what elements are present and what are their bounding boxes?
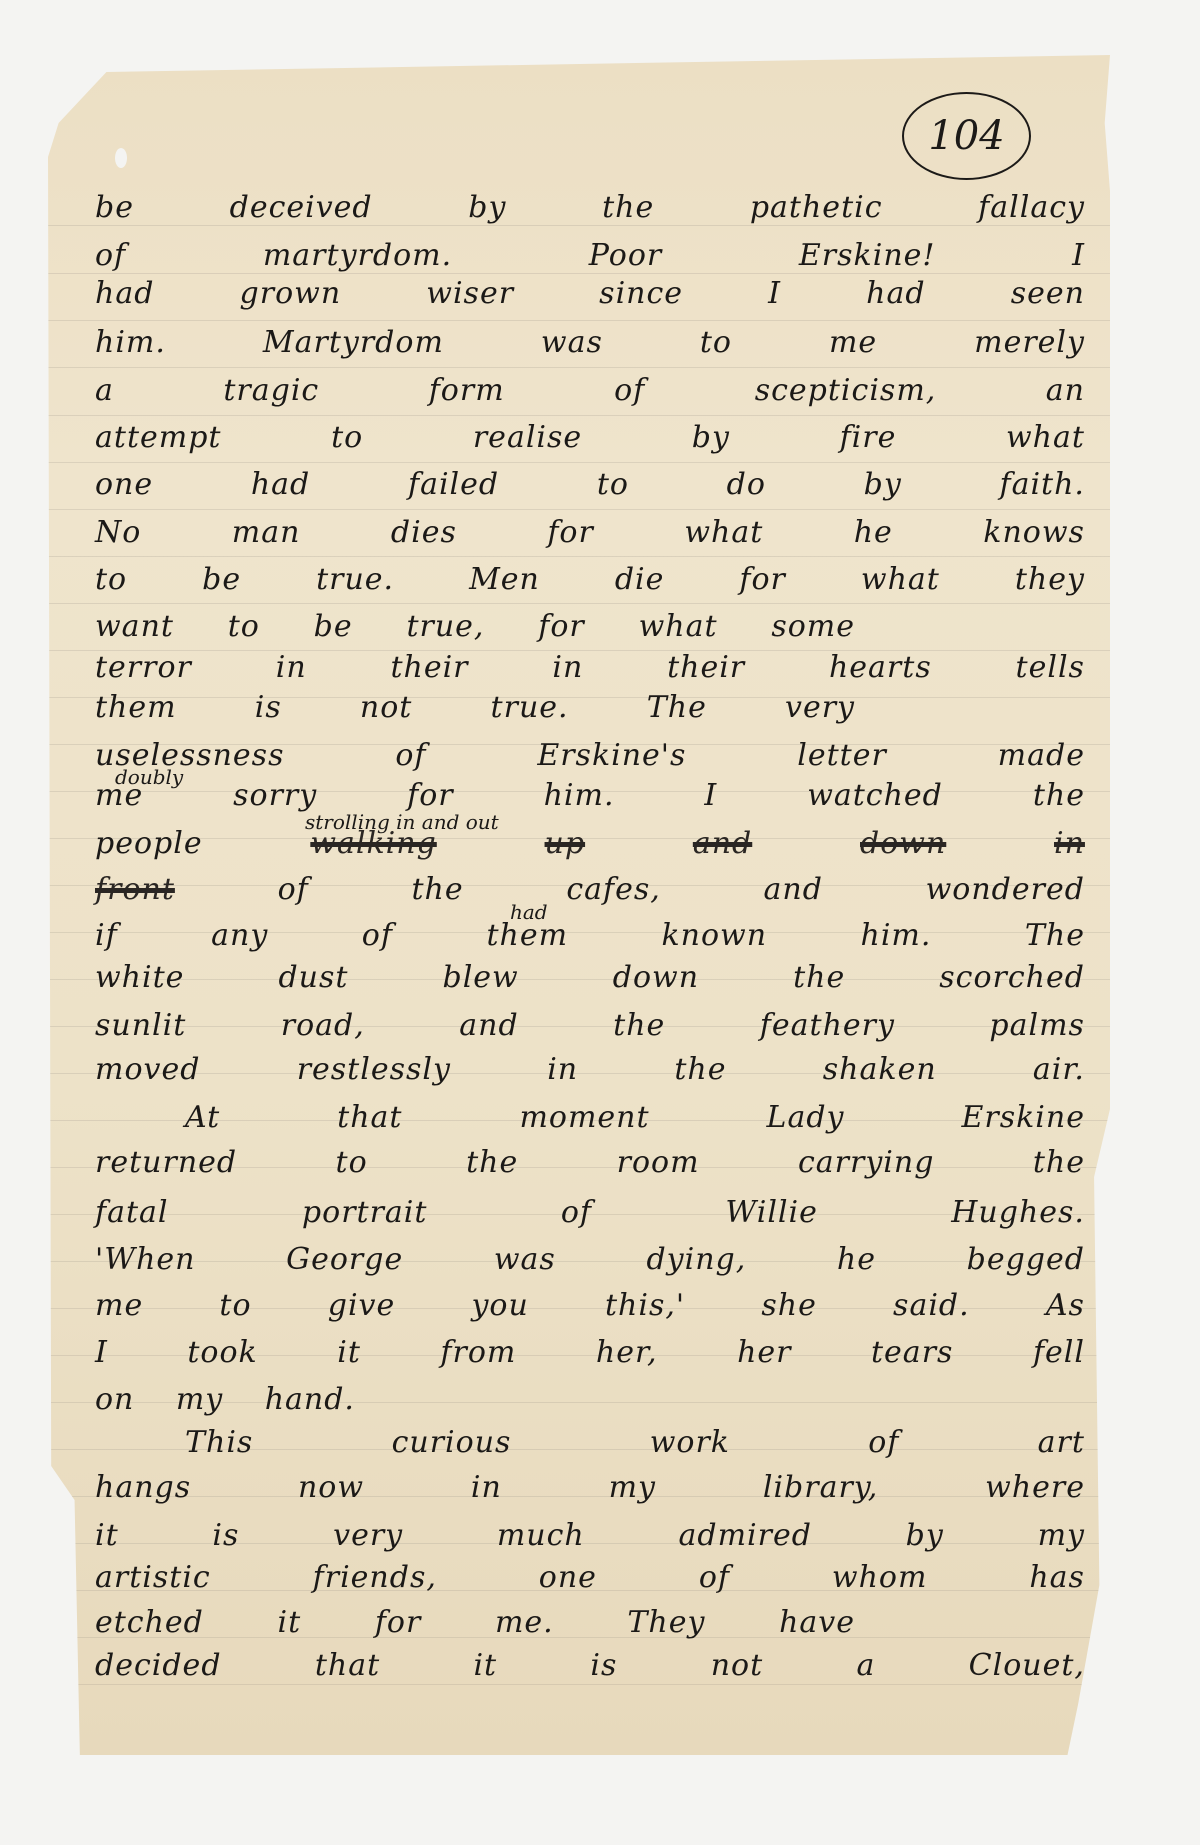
word: carrying — [798, 1145, 934, 1180]
word: now — [298, 1470, 364, 1505]
word: dying, — [646, 1242, 746, 1277]
word: their — [390, 650, 468, 685]
word: pathetic — [750, 190, 883, 225]
word: a — [95, 373, 114, 408]
word: my — [1038, 1518, 1085, 1553]
word: me. — [495, 1605, 554, 1640]
word: to — [95, 562, 127, 597]
word: true. — [491, 690, 569, 725]
word: had — [251, 467, 310, 502]
word: in — [547, 1052, 578, 1087]
word: in — [552, 650, 583, 685]
word: work — [650, 1425, 730, 1460]
word: fell — [1033, 1335, 1085, 1370]
word: you — [471, 1288, 528, 1323]
word: of — [699, 1560, 730, 1595]
ruled-line — [48, 225, 1110, 226]
manuscript-line: whitedustblewdownthescorched — [95, 960, 1085, 995]
word: on — [95, 1382, 134, 1417]
word: be — [314, 609, 353, 644]
word: he — [854, 515, 893, 550]
word: Martyrdom — [263, 325, 444, 360]
word: of — [614, 373, 645, 408]
word: friends, — [313, 1560, 437, 1595]
ruled-line — [48, 273, 1110, 274]
word: not — [360, 690, 412, 725]
manuscript-line: atragicformofscepticism,an — [95, 373, 1085, 408]
word: in — [276, 650, 307, 685]
word: people — [95, 826, 203, 861]
word: feathery — [760, 1008, 895, 1043]
word: letter — [797, 738, 887, 773]
manuscript-line: peoplewalkingupanddownin — [95, 826, 1085, 861]
word: of — [561, 1195, 592, 1230]
word: had — [866, 276, 925, 311]
word: fallacy — [978, 190, 1085, 225]
manuscript-line: hadgrownwisersinceIhadseen — [95, 276, 1085, 311]
word: tells — [1016, 650, 1085, 685]
word: decided — [95, 1648, 222, 1683]
word: by — [692, 420, 730, 455]
word: true. — [316, 562, 394, 597]
word: seen — [1011, 276, 1085, 311]
word: Erskine's — [537, 738, 686, 773]
word: where — [985, 1470, 1085, 1505]
word: blew — [442, 960, 518, 995]
word: Hughes. — [951, 1195, 1085, 1230]
word: be — [202, 562, 241, 597]
manuscript-line: attempttorealisebyfirewhat — [95, 420, 1085, 455]
word: said. — [893, 1288, 970, 1323]
word: The — [647, 690, 707, 725]
word: faith. — [999, 467, 1085, 502]
word: scepticism, — [755, 373, 937, 408]
word: it — [337, 1335, 361, 1370]
word: to — [597, 467, 629, 502]
word: made — [998, 738, 1085, 773]
word: a — [856, 1648, 875, 1683]
word: what — [684, 515, 763, 550]
word: moment — [519, 1100, 649, 1135]
word: her, — [596, 1335, 658, 1370]
word: for — [739, 562, 786, 597]
word: and — [764, 872, 823, 907]
word: hearts — [829, 650, 932, 685]
word: my — [176, 1382, 223, 1417]
word: him. — [544, 778, 615, 813]
word: is — [590, 1648, 617, 1683]
manuscript-line: wanttobetrue,forwhatsome — [95, 609, 855, 644]
word: the — [793, 960, 845, 995]
word: No — [95, 515, 141, 550]
word: The — [1025, 918, 1085, 953]
word: hangs — [95, 1470, 191, 1505]
word: failed — [408, 467, 499, 502]
word: realise — [473, 420, 582, 455]
word: by — [468, 190, 506, 225]
word: merely — [974, 325, 1085, 360]
manuscript-line: onehadfailedtodobyfaith. — [95, 467, 1085, 502]
word: front — [95, 872, 175, 907]
word: At — [185, 1100, 220, 1135]
word: her — [737, 1335, 791, 1370]
manuscript-line: artisticfriends,oneofwhomhas — [95, 1560, 1085, 1595]
word: Lady — [767, 1100, 845, 1135]
word: what — [639, 609, 718, 644]
manuscript-line: Thiscuriousworkofart — [95, 1425, 1085, 1460]
word: that — [315, 1648, 380, 1683]
word: George — [286, 1242, 403, 1277]
word: fire — [840, 420, 897, 455]
manuscript-line: fatalportraitofWillieHughes. — [95, 1195, 1085, 1230]
word: attempt — [95, 420, 221, 455]
word: admired — [679, 1518, 812, 1553]
word: form — [429, 373, 505, 408]
word: tragic — [223, 373, 319, 408]
word: air. — [1033, 1052, 1085, 1087]
word: the — [1033, 1145, 1085, 1180]
word: portrait — [302, 1195, 428, 1230]
word: of — [95, 238, 126, 273]
folio-number-circled: 104 — [902, 92, 1031, 180]
manuscript-line: Itookitfromher,hertearsfell — [95, 1335, 1085, 1370]
manuscript-line: 'WhenGeorgewasdying,hebegged — [95, 1242, 1085, 1277]
ruled-line — [48, 320, 1110, 321]
word: wiser — [426, 276, 514, 311]
word: for — [547, 515, 594, 550]
word: is — [212, 1518, 239, 1553]
word: shaken — [823, 1052, 937, 1087]
manuscript-line: sunlitroad,andthefeatherypalms — [95, 1008, 1085, 1043]
manuscript-line: onmyhand. — [95, 1382, 355, 1417]
word: sunlit — [95, 1008, 186, 1043]
word: they — [1015, 562, 1085, 597]
word: begged — [967, 1242, 1085, 1277]
interlinear-insertion: strolling in and out — [305, 810, 499, 834]
word: of — [278, 872, 309, 907]
word: that — [337, 1100, 402, 1135]
word: to — [700, 325, 732, 360]
word: what — [861, 562, 940, 597]
manuscript-line: etcheditforme.Theyhave — [95, 1605, 855, 1640]
word: fatal — [95, 1195, 169, 1230]
word: the — [411, 872, 463, 907]
word: dust — [278, 960, 348, 995]
word: hand. — [265, 1382, 355, 1417]
word: die — [615, 562, 665, 597]
ruled-line — [48, 367, 1110, 368]
word: and — [693, 826, 752, 861]
word: sorry — [233, 778, 317, 813]
word: art — [1038, 1425, 1085, 1460]
manuscript-line: decidedthatitisnotaClouet, — [95, 1648, 1085, 1683]
word: to — [331, 420, 363, 455]
word: my — [609, 1470, 656, 1505]
word: him. — [95, 325, 166, 360]
word: the — [674, 1052, 726, 1087]
ruled-line — [48, 415, 1110, 416]
word: I — [704, 778, 717, 813]
word: of — [362, 918, 393, 953]
manuscript-line: ifanyofthemknownhim.The — [95, 918, 1085, 953]
word: what — [1006, 420, 1085, 455]
word: moved — [95, 1052, 200, 1087]
interlinear-insertion: doubly — [115, 765, 183, 789]
word: of — [868, 1425, 899, 1460]
word: curious — [392, 1425, 512, 1460]
word: Erskine! — [799, 238, 936, 273]
word: road, — [281, 1008, 365, 1043]
ruled-line — [48, 603, 1110, 604]
manuscript-line: themisnottrue.Thevery — [95, 690, 855, 725]
word: wondered — [926, 872, 1085, 907]
word: their — [667, 650, 745, 685]
manuscript-line: him.Martyrdomwastomemerely — [95, 325, 1085, 360]
word: tears — [871, 1335, 953, 1370]
word: deceived — [230, 190, 373, 225]
word: an — [1046, 373, 1085, 408]
paper-hole — [115, 148, 127, 168]
word: give — [328, 1288, 396, 1323]
word: I — [1072, 238, 1085, 273]
word: it — [473, 1648, 497, 1683]
word: Clouet, — [969, 1648, 1085, 1683]
word: room — [617, 1145, 700, 1180]
word: artistic — [95, 1560, 211, 1595]
word: restlessly — [297, 1052, 451, 1087]
word: As — [1046, 1288, 1085, 1323]
word: much — [497, 1518, 585, 1553]
word: down — [860, 826, 946, 861]
word: very — [333, 1518, 403, 1553]
word: for — [407, 778, 454, 813]
word: one — [539, 1560, 597, 1595]
manuscript-line: frontofthecafes,andwondered — [95, 872, 1085, 907]
word: very — [785, 690, 855, 725]
manuscript-line: itisverymuchadmiredbymy — [95, 1518, 1085, 1553]
word: in — [471, 1470, 502, 1505]
word: watched — [807, 778, 943, 813]
manuscript-line: Nomandiesforwhatheknows — [95, 515, 1085, 550]
ruled-line — [48, 462, 1110, 463]
manuscript-line: hangsnowinmylibrary,where — [95, 1470, 1085, 1505]
word: I — [768, 276, 781, 311]
word: Willie — [725, 1195, 817, 1230]
word: took — [187, 1335, 257, 1370]
word: from — [440, 1335, 516, 1370]
manuscript-line: ofmartyrdom.PoorErskine!I — [95, 238, 1085, 273]
word: returned — [95, 1145, 237, 1180]
word: any — [211, 918, 268, 953]
word: the — [466, 1145, 518, 1180]
word: is — [255, 690, 282, 725]
manuscript-line: movedrestlesslyintheshakenair. — [95, 1052, 1085, 1087]
word: him. — [861, 918, 932, 953]
word: by — [864, 467, 902, 502]
word: was — [541, 325, 603, 360]
word: of — [395, 738, 426, 773]
word: me — [95, 1288, 143, 1323]
word: grown — [240, 276, 342, 311]
ruled-line — [48, 509, 1110, 510]
word: do — [727, 467, 766, 502]
word: it — [278, 1605, 302, 1640]
manuscript-line: metogiveyouthis,'shesaid.As — [95, 1288, 1085, 1323]
word: them — [95, 690, 177, 725]
word: some — [771, 609, 855, 644]
word: the — [1033, 778, 1085, 813]
word: to — [219, 1288, 251, 1323]
word: since — [599, 276, 683, 311]
word: have — [779, 1605, 855, 1640]
word: had — [95, 276, 154, 311]
word: 'When — [95, 1242, 195, 1277]
word: I — [95, 1335, 108, 1370]
word: he — [837, 1242, 876, 1277]
ruled-line — [48, 1684, 1110, 1685]
word: if — [95, 918, 118, 953]
word: to — [336, 1145, 368, 1180]
word: for — [538, 609, 585, 644]
word: down — [613, 960, 699, 995]
word: for — [375, 1605, 422, 1640]
word: They — [627, 1605, 705, 1640]
word: Erskine — [961, 1100, 1084, 1135]
word: Poor — [589, 238, 662, 273]
ruled-line — [48, 556, 1110, 557]
manuscript-line: terrorintheirintheirheartstells — [95, 650, 1085, 685]
word: want — [95, 609, 174, 644]
word: etched — [95, 1605, 204, 1640]
word: terror — [95, 650, 192, 685]
word: library, — [763, 1470, 878, 1505]
word: one — [95, 467, 153, 502]
word: Men — [469, 562, 540, 597]
manuscript-line: uselessnessofErskine'slettermade — [95, 738, 1085, 773]
manuscript-line: mesorryforhim.Iwatchedthe — [95, 778, 1085, 813]
word: and — [459, 1008, 518, 1043]
word: man — [232, 515, 301, 550]
word: the — [613, 1008, 665, 1043]
word: it — [95, 1518, 119, 1553]
word: cafes, — [566, 872, 660, 907]
manuscript-line: returnedtotheroomcarryingthe — [95, 1145, 1085, 1180]
word: martyrdom. — [263, 238, 452, 273]
word: true, — [406, 609, 484, 644]
word: dies — [391, 515, 457, 550]
word: knows — [983, 515, 1085, 550]
manuscript-line: AtthatmomentLadyErskine — [95, 1100, 1085, 1135]
word: by — [906, 1518, 944, 1553]
word: not — [711, 1648, 763, 1683]
word: in — [1054, 826, 1085, 861]
word: this,' — [605, 1288, 685, 1323]
word: up — [545, 826, 586, 861]
word: whom — [832, 1560, 928, 1595]
word: known — [661, 918, 767, 953]
folio-number: 104 — [928, 113, 1004, 159]
word: the — [602, 190, 654, 225]
word: has — [1029, 1560, 1085, 1595]
word: she — [761, 1288, 816, 1323]
word: scorched — [939, 960, 1085, 995]
word: be — [95, 190, 134, 225]
word: This — [185, 1425, 253, 1460]
word: white — [95, 960, 184, 995]
word: me — [829, 325, 877, 360]
word: palms — [989, 1008, 1085, 1043]
interlinear-insertion: had — [510, 900, 548, 924]
manuscript-line: tobetrue.Mendieforwhatthey — [95, 562, 1085, 597]
word: to — [228, 609, 260, 644]
word: was — [494, 1242, 556, 1277]
manuscript-line: bedeceivedbythepatheticfallacy — [95, 190, 1085, 225]
